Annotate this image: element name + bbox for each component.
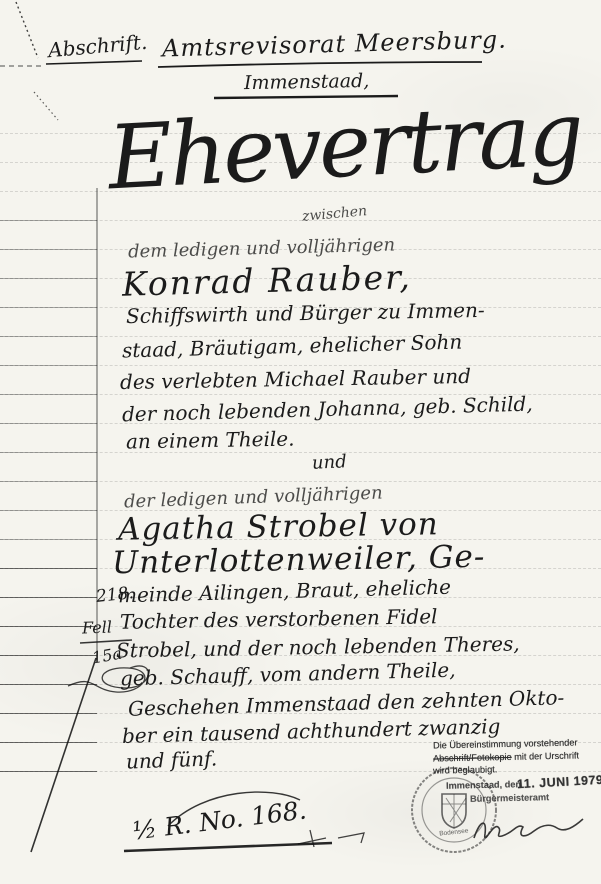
ruled-line-left-segment xyxy=(0,220,97,221)
seal-coat-of-arms xyxy=(442,794,466,828)
margin-note2: 15a xyxy=(91,644,124,668)
ruled-line-left-segment xyxy=(0,539,97,540)
ruled-line-left-segment xyxy=(0,510,97,511)
stamp-line2: Abschrift/Fotokopie mit der Urschrift xyxy=(433,750,579,763)
office-header: Amtsrevisorat Meersburg. xyxy=(162,25,507,62)
stamp-line1: Die Übereinstimmung vorstehender xyxy=(433,737,578,750)
ruled-line-left-segment xyxy=(0,394,97,395)
party2-line3: Strobel, und der noch lebenden Theres, xyxy=(116,631,520,662)
ruled-line-left-segment xyxy=(0,684,97,685)
stray-pen-marks xyxy=(298,830,364,847)
party1-line4: der noch lebenden Johanna, geb. Schild, xyxy=(122,392,533,427)
ruled-line-left-segment xyxy=(0,307,97,308)
party1-name: Konrad Rauber, xyxy=(122,257,413,304)
margin-note1: Fell xyxy=(82,617,113,637)
party2-line4: geb. Schauff, vom andern Theile, xyxy=(120,658,456,691)
underline-registry xyxy=(124,843,332,851)
date-stamp: 11. JUNI 1979 xyxy=(517,773,601,792)
fold-crease-diagonal xyxy=(31,658,96,852)
underline-abschrift xyxy=(46,61,142,64)
copy-annotation: Abschrift. xyxy=(47,30,148,63)
ruled-line-left-segment xyxy=(0,278,97,279)
between-word: zwischen xyxy=(301,203,367,225)
seal-bottom-text: Bodensee xyxy=(439,827,469,837)
party2-line2: Tochter des verstorbenen Fidel xyxy=(120,604,438,634)
ruled-line-left-segment xyxy=(0,713,97,714)
scanned-marriage-contract-page: Abschrift. Amtsrevisorat Meersburg. Imme… xyxy=(0,0,601,884)
ruled-line-left-segment xyxy=(0,655,97,656)
ruled-line-left-segment xyxy=(0,771,97,772)
ruled-line-left-segment xyxy=(0,336,97,337)
ruled-line-left-segment xyxy=(0,597,97,598)
party1-line2: staad, Bräutigam, ehelicher Sohn xyxy=(122,330,463,363)
crease-mark-top xyxy=(16,2,38,58)
ruled-line-left-segment xyxy=(0,742,97,743)
ruled-line-left-segment xyxy=(0,249,97,250)
ruled-line-left-segment xyxy=(0,452,97,453)
party1-line3: des verlebten Michael Rauber und xyxy=(120,364,471,394)
ruled-line-left-segment xyxy=(0,481,97,482)
ruled-line-left-segment xyxy=(0,365,97,366)
crease-mark-top2 xyxy=(34,92,58,120)
municipal-seal: Bodensee xyxy=(408,764,500,856)
margin-number: 218. xyxy=(95,583,135,607)
stamp-line2-struck: Abschrift/Fotokopie xyxy=(433,752,512,764)
ruled-line-left-segment xyxy=(0,423,97,424)
connector-und: und xyxy=(311,451,347,474)
place-header: Immenstaad, xyxy=(244,70,370,94)
registry-note: ½ R. No. 168. xyxy=(131,795,308,845)
closing-line3: und fünf. xyxy=(126,746,218,773)
stamp-line2-rest: mit der Urschrift xyxy=(514,750,579,761)
party1-line1: Schiffswirth und Bürger zu Immen- xyxy=(126,298,485,328)
underline-header xyxy=(158,62,482,67)
party1-line5: an einem Theile. xyxy=(126,427,295,454)
ruled-line-left-segment xyxy=(0,568,97,569)
